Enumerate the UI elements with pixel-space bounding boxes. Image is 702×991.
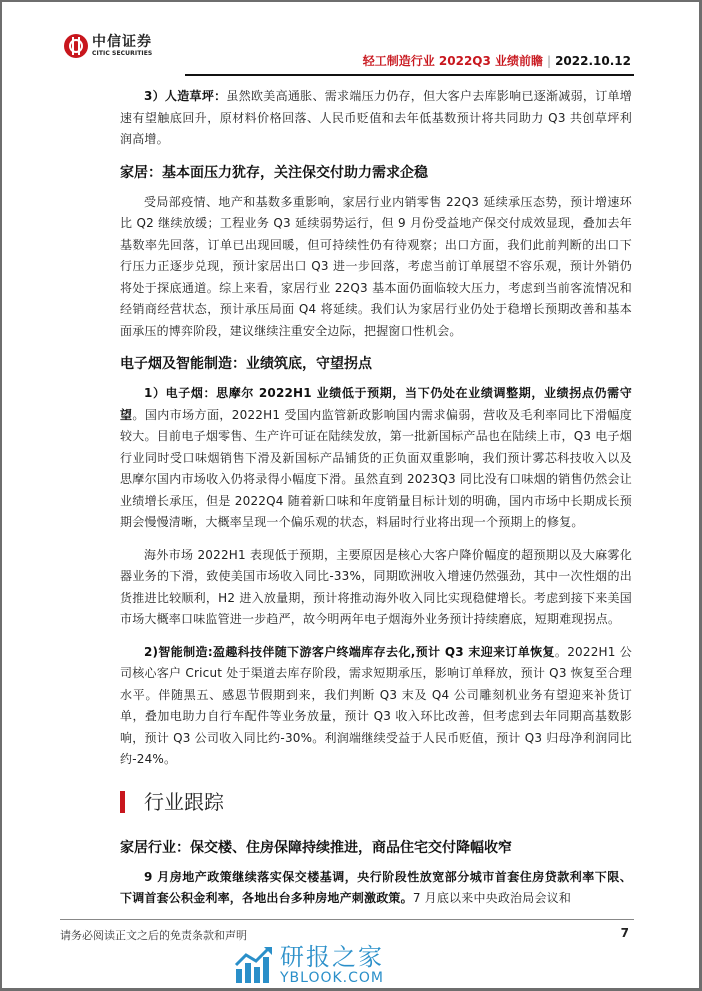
watermark-english: YBLOOK.COM [280, 970, 384, 986]
logo-chinese-name: 中信证券 [92, 34, 152, 50]
paragraph-ecig-domestic: 1）电子烟：思摩尔 2022H1 业绩低于预期，当下仍处在业绩调整期，业绩拐点仍… [120, 383, 632, 534]
document-page: 中信证券 CITIC SECURITIES 轻工制造行业 2022Q3 业绩前瞻… [2, 2, 699, 988]
page-number: 7 [621, 926, 629, 940]
heading-home-industry: 家居行业：保交楼、住房保障持续推进，商品住宅交付降幅收窄 [120, 837, 632, 859]
report-title: 轻工制造行业 2022Q3 业绩前瞻 [363, 54, 543, 68]
bar-chart-trend-icon [234, 947, 274, 983]
footer-divider [60, 919, 634, 920]
watermark-chinese: 研报之家 [280, 944, 384, 970]
yblook-watermark: 研报之家 YBLOOK.COM [234, 944, 384, 986]
section-marker [120, 791, 125, 813]
report-header: 轻工制造行业 2022Q3 业绩前瞻|2022.10.12 [363, 52, 631, 69]
section-title: 行业跟踪 [144, 789, 224, 815]
report-body: 3）人造草坪：虽然欧美高通胀、需求端压力仍存，但大客户去库影响已逐渐减弱，订单增… [120, 86, 632, 921]
paragraph-home-furnishing: 受局部疫情、地产和基数多重影响，家居行业内销零售 22Q3 延续承压态势，预计增… [120, 192, 632, 343]
logo-english-name: CITIC SECURITIES [92, 50, 152, 58]
citic-logo-icon [64, 34, 88, 58]
paragraph-artificial-turf: 3）人造草坪：虽然欧美高通胀、需求端压力仍存，但大客户去库影响已逐渐减弱，订单增… [120, 86, 632, 151]
report-date: 2022.10.12 [555, 54, 631, 68]
heading-home-furnishing: 家居：基本面压力犹存，关注保交付助力需求企稳 [120, 162, 632, 184]
header-divider [185, 74, 634, 76]
paragraph-lead: 3）人造草坪： [144, 89, 226, 103]
heading-ecig-smart-manufacturing: 电子烟及智能制造：业绩筑底，守望拐点 [120, 353, 632, 375]
header-separator: | [547, 54, 551, 68]
paragraph-real-estate-policy: 9 月房地产政策继续落实保交楼基调，央行阶段性放宽部分城市首套住房贷款利率下限、… [120, 867, 632, 910]
citic-logo: 中信证券 CITIC SECURITIES [64, 34, 152, 58]
paragraph-lead: 2)智能制造:盈趣科技伴随下游客户终端库存去化,预计 Q3 末迎来订单恢复 [144, 645, 555, 659]
disclaimer-text: 请务必阅读正文之后的免责条款和声明 [60, 927, 247, 943]
paragraph-smart-manufacturing: 2)智能制造:盈趣科技伴随下游客户终端库存去化,预计 Q3 末迎来订单恢复。20… [120, 642, 632, 771]
paragraph-ecig-overseas: 海外市场 2022H1 表现低于预期，主要原因是核心大客户降价幅度的超预期以及大… [120, 545, 632, 631]
section-industry-tracking: 行业跟踪 [120, 789, 632, 815]
